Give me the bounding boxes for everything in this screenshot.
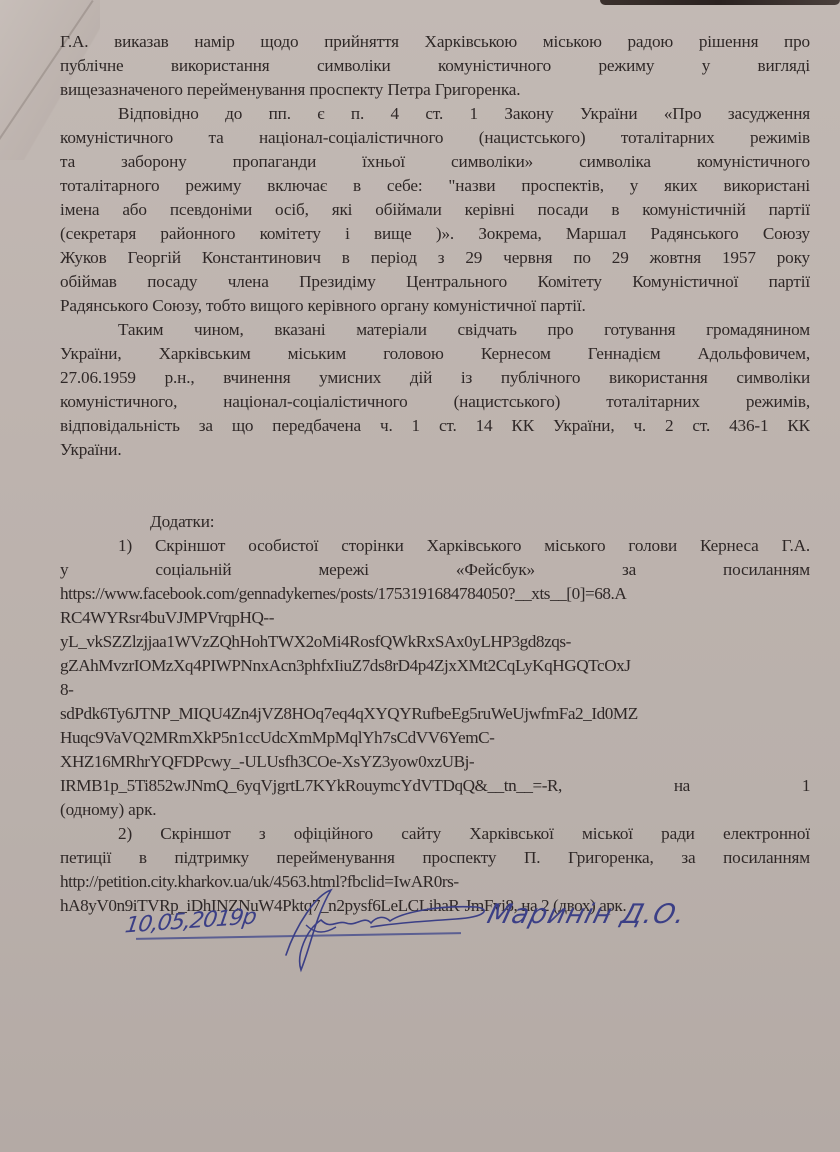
paragraph-legal-basis: Відповідно до пп. є п. 4 ст. 1 Закону Ук…: [60, 102, 810, 318]
attachment-1-url-line: yL_vkSZZlzjjaa1WVzZQhHohTWX2oMi4RosfQWkR…: [60, 630, 810, 654]
attachment-1-url-line: IRMB1p_5Ti852wJNmQ_6yqVjgrtL7KYkRouymcYd…: [60, 774, 810, 798]
signature-scribble-icon: [276, 885, 496, 975]
attachment-1-url-line: 8-: [60, 678, 810, 702]
text-line: комуністичного та націонал-соціалістично…: [60, 126, 810, 150]
text-line: Радянського Союзу, тобто вищого керівног…: [60, 294, 810, 318]
text-line: Таким чином, вказані матеріали свідчать …: [60, 318, 810, 342]
spacer: [60, 462, 810, 510]
attachments-section: Додатки: 1) Скріншот особистої сторінки …: [60, 510, 810, 918]
text-line: публічне використання символіки комуніст…: [60, 54, 810, 78]
paper-page: Г.А. виказав намір щодо прийняття Харків…: [0, 0, 840, 1152]
text-line: України, Харківським міським головою Кер…: [60, 342, 810, 366]
document-body: Г.А. виказав намір щодо прийняття Харків…: [60, 6, 810, 918]
attachment-1-url-line: Huqc9VaVQ2MRmXkP5n1ccUdcXmMpMqlYh7sCdVV6…: [60, 726, 810, 750]
text-line: імена або псевдоніми осіб, які обіймали …: [60, 198, 810, 222]
text-line: (секретаря районного комітету і вище )».…: [60, 222, 810, 246]
attachment-1-pages: (одному) арк.: [60, 798, 810, 822]
paragraph-intro: Г.А. виказав намір щодо прийняття Харків…: [60, 30, 810, 102]
text-line: та заборону пропаганди їхньої символіки»…: [60, 150, 810, 174]
text-line: петиції в підтримку перейменування просп…: [60, 846, 810, 870]
attachment-item-1: 1) Скріншот особистої сторінки Харківськ…: [60, 534, 810, 822]
text-line: комуністичного, націонал-соціалістичного…: [60, 390, 810, 414]
paragraph-conclusion: Таким чином, вказані матеріали свідчать …: [60, 318, 810, 462]
text-line: України.: [60, 438, 810, 462]
attachment-1-url-line: https://www.facebook.com/gennadykernes/p…: [60, 582, 810, 606]
text-line: обіймав посаду члена Президіму Центральн…: [60, 270, 810, 294]
text-line: у соціальній мережі «Фейсбук» за посилан…: [60, 558, 810, 582]
text-line: 1) Скріншот особистої сторінки Харківськ…: [60, 534, 810, 558]
signature-block: 10,05,2019р Маринін Д.О.: [126, 895, 726, 965]
text-line: тоталітарного режиму включає в себе: "на…: [60, 174, 810, 198]
attachment-1-url-line: gZAhMvzrIOMzXq4PIWPNnxAcn3phfxIiuZ7ds8rD…: [60, 654, 810, 678]
attachments-heading: Додатки:: [60, 510, 810, 534]
text-line: 2) Скріншот з офіційного сайту Харківськ…: [60, 822, 810, 846]
text-line: 27.06.1959 р.н., вчинення умисних дій із…: [60, 366, 810, 390]
text-line: Відповідно до пп. є п. 4 ст. 1 Закону Ук…: [60, 102, 810, 126]
top-edge-shadow: [600, 0, 840, 5]
text-line: відповідальність за що передбачена ч. 1 …: [60, 414, 810, 438]
text-line: Жуков Георгій Константинович в період з …: [60, 246, 810, 270]
attachment-1-url-line: XHZ16MRhrYQFDPcwy_-ULUsfh3COe-XsYZ3yow0x…: [60, 750, 810, 774]
signature-date: 10,05,2019р: [123, 905, 257, 939]
attachment-1-url-line: sdPdk6Ty6JTNP_MIQU4Zn4jVZ8HOq7eq4qXYQYRu…: [60, 702, 810, 726]
attachment-1-url-line: RC4WYRsr4buVJMPVrqpHQ--: [60, 606, 810, 630]
signature-name: Маринін Д.О.: [484, 899, 689, 930]
text-line: вищезазначеного перейменування проспекту…: [60, 78, 810, 102]
text-line: Г.А. виказав намір щодо прийняття Харків…: [60, 30, 810, 54]
